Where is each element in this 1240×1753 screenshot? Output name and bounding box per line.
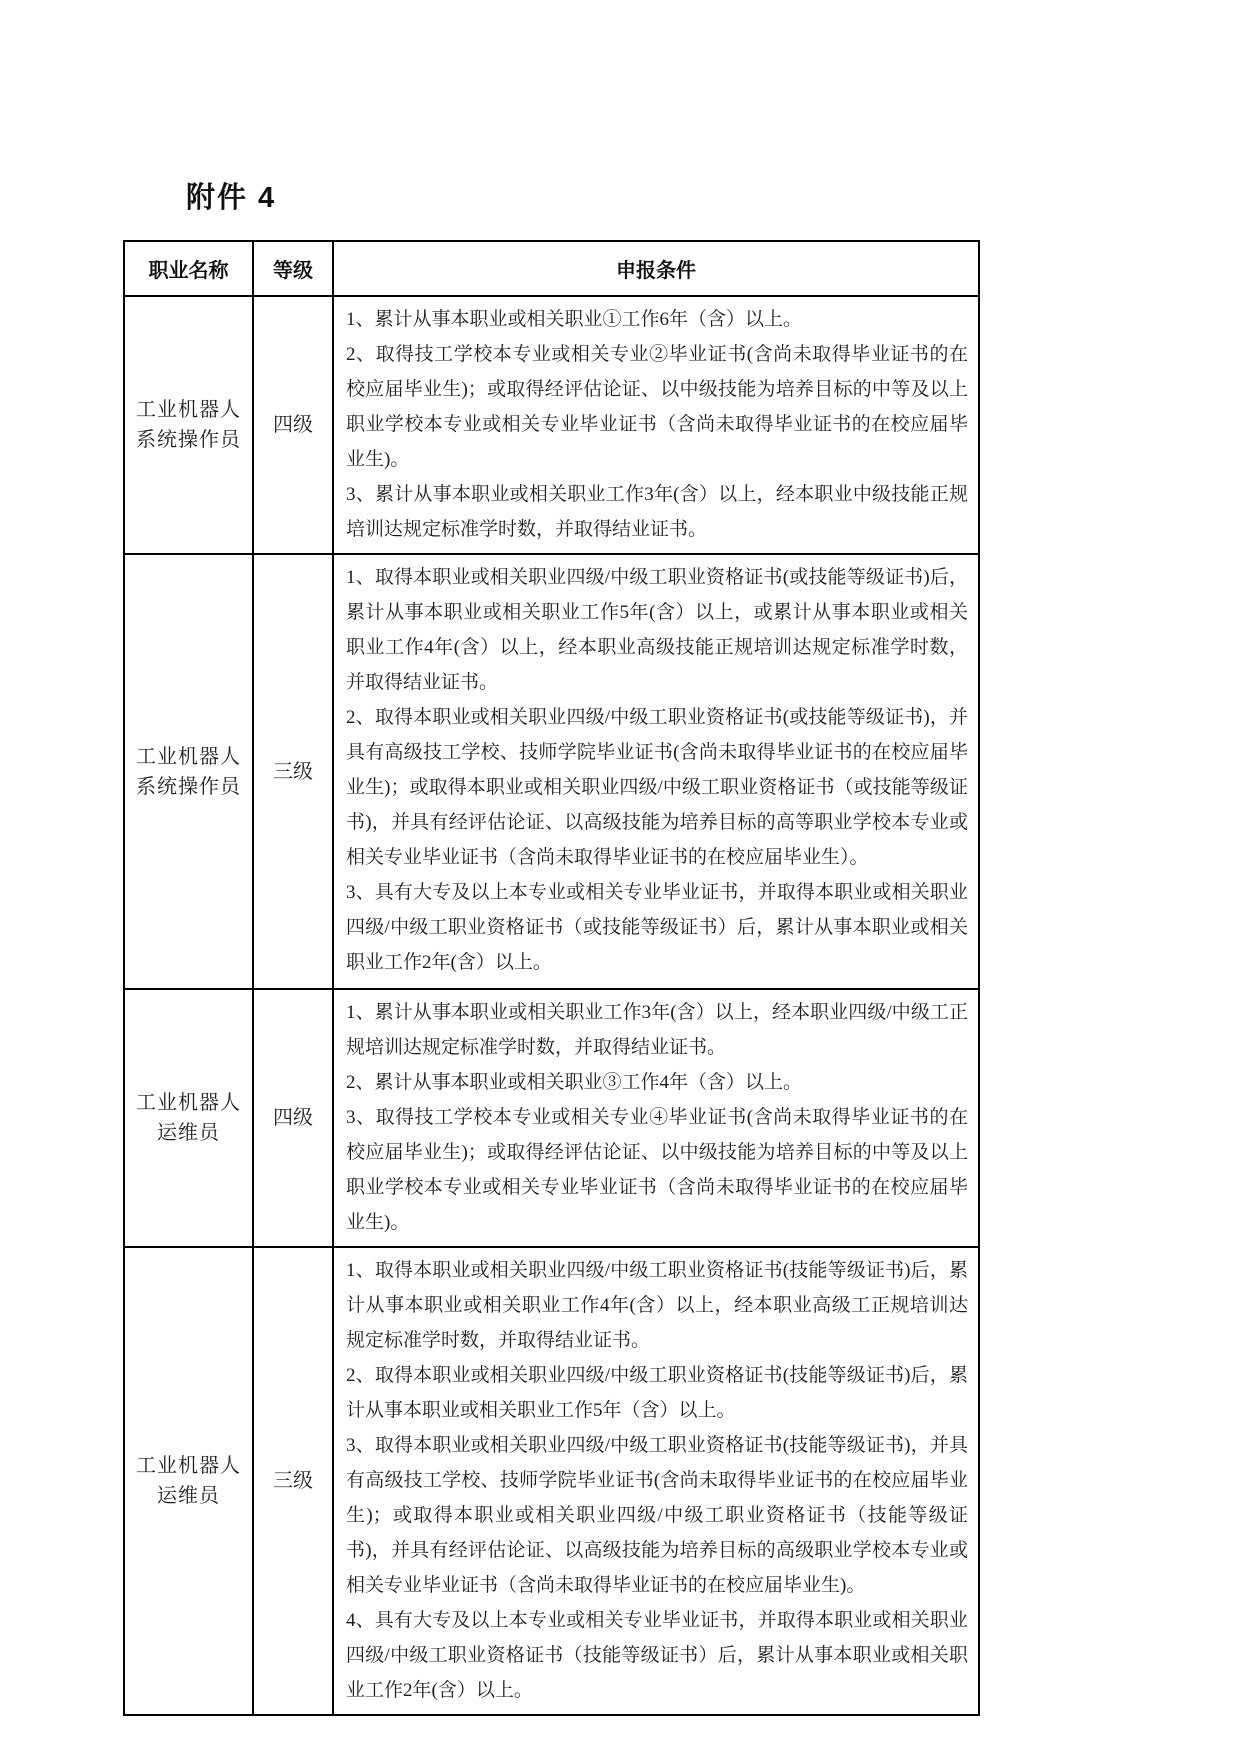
condition-item: 1、取得本职业或相关职业四级/中级工职业资格证书(技能等级证书)后，累计从事本职… [346, 1253, 968, 1358]
attachment-title: 附件 4 [186, 175, 276, 216]
condition-item: 2、累计从事本职业或相关职业③工作4年（含）以上。 [346, 1065, 968, 1100]
level-cell: 三级 [253, 554, 333, 989]
level-cell: 四级 [253, 989, 333, 1247]
header-conditions: 申报条件 [333, 241, 979, 296]
condition-item: 3、累计从事本职业或相关职业工作3年(含）以上，经本职业中级技能正规培训达规定标… [346, 477, 968, 547]
condition-item: 3、取得技工学校本专业或相关专业④毕业证书(含尚未取得毕业证书的在校应届毕业生)… [346, 1100, 968, 1240]
table-row: 工业机器人系统操作员 四级 1、累计从事本职业或相关职业①工作6年（含）以上。 … [124, 296, 979, 554]
header-occupation: 职业名称 [124, 241, 253, 296]
condition-item: 3、具有大专及以上本专业或相关专业毕业证书，并取得本职业或相关职业四级/中级工职… [346, 875, 968, 980]
table-row: 工业机器人系统操作员 三级 1、取得本职业或相关职业四级/中级工职业资格证书(或… [124, 554, 979, 989]
conditions-table: 职业名称 等级 申报条件 工业机器人系统操作员 四级 1、累计从事本职业或相关职… [123, 240, 980, 1716]
conditions-cell: 1、累计从事本职业或相关职业①工作6年（含）以上。 2、取得技工学校本专业或相关… [333, 296, 979, 554]
condition-item: 1、累计从事本职业或相关职业工作3年(含）以上，经本职业四级/中级工正规培训达规… [346, 995, 968, 1065]
table-row: 工业机器人运维员 三级 1、取得本职业或相关职业四级/中级工职业资格证书(技能等… [124, 1247, 979, 1715]
condition-item: 1、累计从事本职业或相关职业①工作6年（含）以上。 [346, 302, 968, 337]
level-cell: 四级 [253, 296, 333, 554]
conditions-cell: 1、取得本职业或相关职业四级/中级工职业资格证书(或技能等级证书)后，累计从事本… [333, 554, 979, 989]
header-row: 职业名称 等级 申报条件 [124, 241, 979, 296]
conditions-cell: 1、取得本职业或相关职业四级/中级工职业资格证书(技能等级证书)后，累计从事本职… [333, 1247, 979, 1715]
condition-item: 3、取得本职业或相关职业四级/中级工职业资格证书(技能等级证书)，并具有高级技工… [346, 1428, 968, 1603]
condition-item: 4、具有大专及以上本专业或相关专业毕业证书，并取得本职业或相关职业四级/中级工职… [346, 1603, 968, 1708]
table-row: 工业机器人运维员 四级 1、累计从事本职业或相关职业工作3年(含）以上，经本职业… [124, 989, 979, 1247]
condition-item: 2、取得本职业或相关职业四级/中级工职业资格证书(或技能等级证书)，并具有高级技… [346, 700, 968, 875]
occupation-cell: 工业机器人系统操作员 [124, 296, 253, 554]
condition-item: 2、取得技工学校本专业或相关专业②毕业证书(含尚未取得毕业证书的在校应届毕业生)… [346, 337, 968, 477]
occupation-cell: 工业机器人系统操作员 [124, 554, 253, 989]
level-cell: 三级 [253, 1247, 333, 1715]
condition-item: 1、取得本职业或相关职业四级/中级工职业资格证书(或技能等级证书)后，累计从事本… [346, 560, 968, 700]
occupation-cell: 工业机器人运维员 [124, 989, 253, 1247]
document-page: 附件 4 职业名称 等级 申报条件 工业机器人系统操作员 四级 1、累计从事本职… [0, 0, 1240, 1753]
condition-item: 2、取得本职业或相关职业四级/中级工职业资格证书(技能等级证书)后，累计从事本职… [346, 1358, 968, 1428]
occupation-cell: 工业机器人运维员 [124, 1247, 253, 1715]
header-level: 等级 [253, 241, 333, 296]
conditions-cell: 1、累计从事本职业或相关职业工作3年(含）以上，经本职业四级/中级工正规培训达规… [333, 989, 979, 1247]
